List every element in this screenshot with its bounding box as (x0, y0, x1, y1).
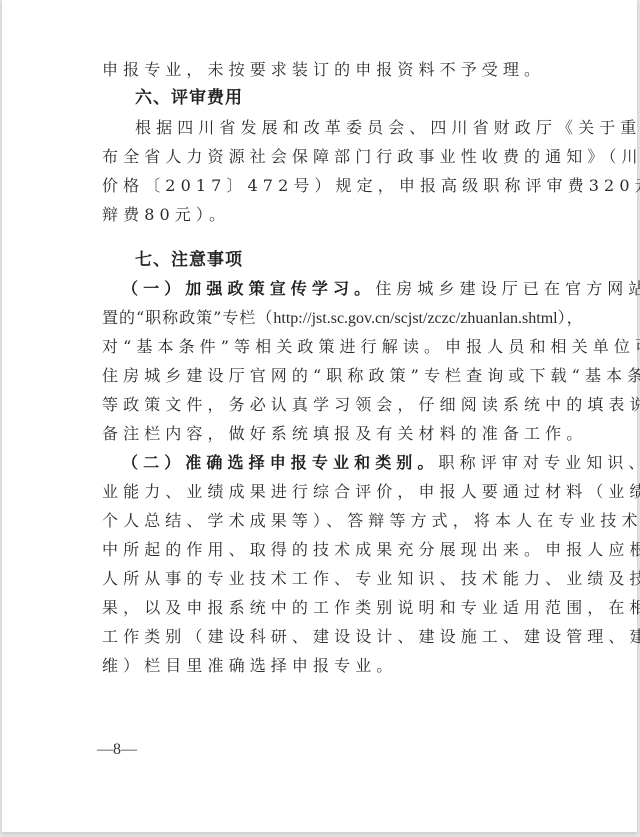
item2-text: 职称评审对专业知识、专 (439, 453, 640, 472)
body-text: 置的“职称政策”专栏（ (102, 308, 273, 327)
policy-url-link[interactable]: http://jst.sc.gov.cn/scjst/zczc/zhuanlan… (273, 310, 557, 327)
body-line: 辩费80元）。 (102, 205, 574, 225)
body-line: 对“基本条件”等相关政策进行解读。申报人员和相关单位可通过 (102, 337, 574, 357)
item2-first-line: （二）准确选择申报专业和类别。职称评审对专业知识、专 (122, 453, 574, 473)
body-line: 价格〔2017〕472号）规定，申报高级职称评审费320元（含答 (102, 176, 574, 196)
section-heading-fees: 六、评审费用 (135, 88, 243, 108)
body-line: 备注栏内容，做好系统填报及有关材料的准备工作。 (102, 424, 574, 444)
body-line: 果，以及申报系统中的工作类别说明和专业适用范围，在相应的 (102, 598, 574, 618)
body-line: 布全省人力资源社会保障部门行政事业性收费的通知》（川发改 (102, 147, 574, 167)
document-page: 申报专业，未按要求装订的申报资料不予受理。 六、评审费用 根据四川省发展和改革委… (2, 0, 637, 832)
item1-text: 住房城乡建设厅已在官方网站设 (375, 279, 640, 298)
item1-title: （一）加强政策宣传学习。 (122, 279, 375, 298)
body-text: ）， (558, 308, 584, 327)
body-line: 根据四川省发展和改革委员会、四川省财政厅《关于重新公 (135, 118, 574, 138)
body-line: 个人总结、学术成果等）、答辩等方式，将本人在专业技术工作 (102, 511, 574, 531)
item1-url-line: 置的“职称政策”专栏（http://jst.sc.gov.cn/scjst/zc… (102, 308, 574, 329)
section-heading-notes: 七、注意事项 (135, 250, 243, 270)
page-number: —8— (97, 741, 137, 759)
body-line: 等政策文件，务必认真学习领会，仔细阅读系统中的填表说明和 (102, 395, 574, 415)
body-line: 中所起的作用、取得的技术成果充分展现出来。申报人应根据本 (102, 540, 574, 560)
body-line: 工作类别（建设科研、建设设计、建设施工、建设管理、建设运 (102, 627, 574, 647)
body-line: 维）栏目里准确选择申报专业。 (102, 656, 574, 676)
body-line: 申报专业，未按要求装订的申报资料不予受理。 (102, 60, 574, 80)
body-line: 业能力、业绩成果进行综合评价，申报人要通过材料（业绩成果、 (102, 482, 574, 502)
body-line: 人所从事的专业技术工作、专业知识、技术能力、业绩及技术成 (102, 569, 574, 589)
item1-first-line: （一）加强政策宣传学习。住房城乡建设厅已在官方网站设 (122, 279, 574, 299)
body-line: 住房城乡建设厅官网的“职称政策”专栏查询或下载“基本条件” (102, 366, 574, 386)
item2-title: （二）准确选择申报专业和类别。 (122, 453, 439, 472)
